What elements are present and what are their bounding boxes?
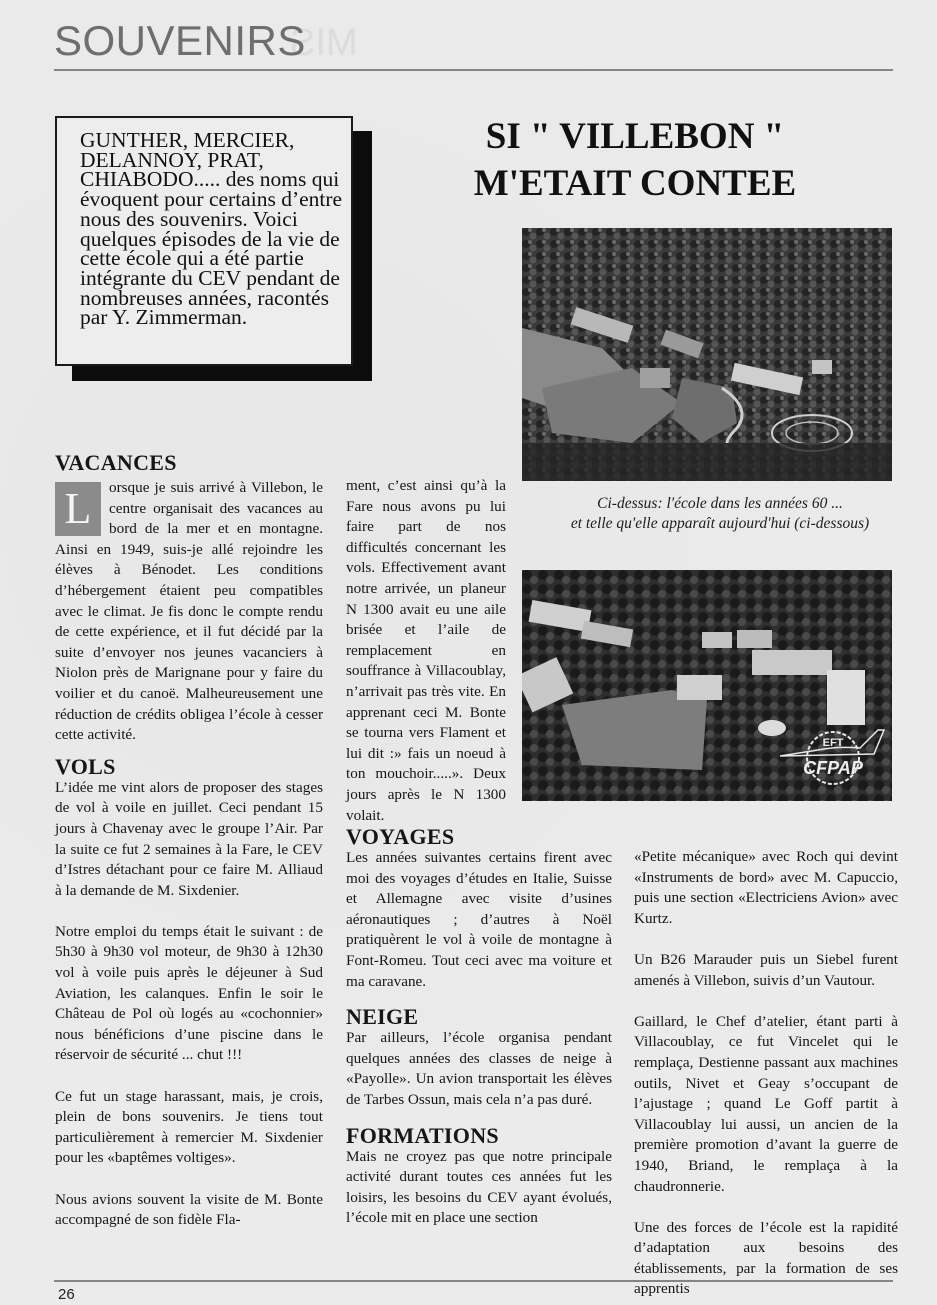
cfpap-logo: EFT CFPAP (778, 726, 888, 793)
footer-divider (54, 1280, 893, 1282)
article-title-line1: SI " VILLEBON " (440, 113, 830, 160)
paragraph-vols-2: Notre emploi du temps était le suivant :… (55, 922, 323, 1066)
paragraph-vols-5: ment, c’est ainsi qu’à la Fare nous avon… (346, 476, 506, 826)
paragraph-formations-4: Gaillard, le Chef d’atelier, étant parti… (634, 1012, 898, 1197)
heading-formations: FORMATIONS (346, 1125, 612, 1147)
paragraph-formations-2: «Petite mécanique» avec Roch qui devint … (634, 847, 898, 929)
paragraph-vols-4: Nous avions souvent la visite de M. Bont… (55, 1190, 323, 1231)
column-1: VACANCES Lorsque je suis arrivé à Villeb… (55, 452, 323, 1231)
section-title: SOUVENIRS (54, 20, 306, 62)
column-2-upper: ment, c’est ainsi qu’à la Fare nous avon… (346, 476, 506, 826)
dropcap-letter: L (55, 482, 101, 536)
column-2-lower: VOYAGES Les années suivantes certains fi… (346, 826, 612, 1229)
paragraph-vacances: Lorsque je suis arrivé à Villebon, le ce… (55, 478, 323, 746)
paragraph-vols-3: Ce fut un stage harassant, mais, je croi… (55, 1087, 323, 1169)
paragraph-voyages: Les années suivantes certains firent ave… (346, 848, 612, 992)
svg-text:CFPAP: CFPAP (803, 758, 864, 778)
heading-voyages: VOYAGES (346, 826, 612, 848)
cfpap-eft-emblem-icon: EFT CFPAP (778, 726, 888, 788)
svg-text:EFT: EFT (823, 737, 844, 749)
intro-text: GUNTHER, MERCIER, DELANNOY, PRAT, CHIABO… (80, 131, 360, 328)
article-title-line2: M'ETAIT CONTEE (440, 160, 830, 207)
column-3: «Petite mécanique» avec Roch qui devint … (634, 847, 898, 1300)
paragraph-neige: Par ailleurs, l’école organisa pendant q… (346, 1028, 612, 1110)
photo-caption: Ci-dessus: l'école dans les années 60 ..… (530, 494, 910, 534)
heading-neige: NEIGE (346, 1006, 612, 1028)
paragraph-vols-1: L’idée me vint alors de proposer des sta… (55, 778, 323, 902)
aerial-photo-1960s-image (522, 228, 892, 481)
page-number: 26 (58, 1287, 75, 1303)
aerial-photo-today: EFT CFPAP (522, 570, 892, 801)
caption-line2: et telle qu'elle apparaît aujourd'hui (c… (530, 514, 910, 534)
paragraph-formations-1: Mais ne croyez pas que notre principale … (346, 1147, 612, 1229)
aerial-photo-1960s (522, 228, 892, 481)
paragraph-formations-5: Une des forces de l’école est la rapidit… (634, 1218, 898, 1300)
heading-vols: VOLS (55, 756, 323, 778)
heading-vacances: VACANCES (55, 452, 323, 474)
paragraph-formations-3: Un B26 Marauder puis un Siebel furent am… (634, 950, 898, 991)
header-divider (54, 69, 893, 71)
article-title: SI " VILLEBON " M'ETAIT CONTEE (440, 113, 830, 207)
caption-line1: Ci-dessus: l'école dans les années 60 ..… (530, 494, 910, 514)
